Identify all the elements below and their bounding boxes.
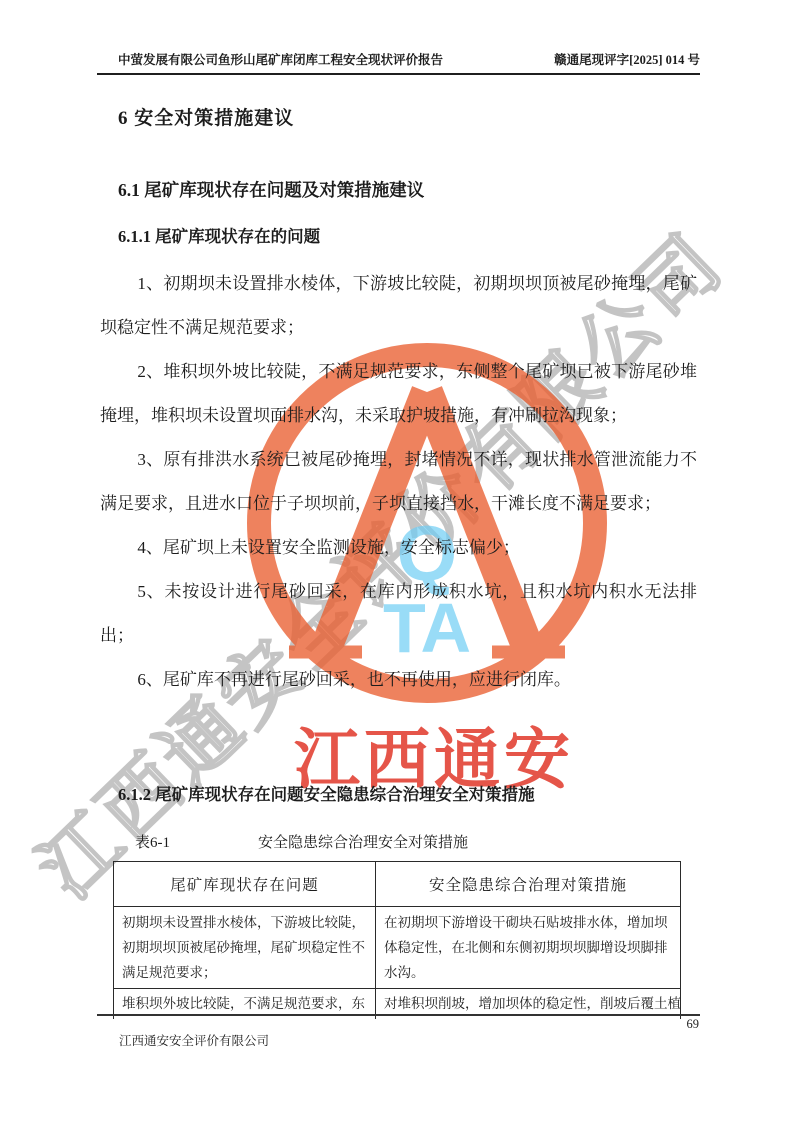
table-caption: 表6-1 安全隐患综合治理安全对策措施 [135,831,680,852]
table-cell-problem-1: 初期坝未设置排水棱体，下游坡比较陡，初期坝坝顶被尾砂掩埋，尾矿坝稳定性不满足规范… [114,907,376,989]
column-header-measures: 安全隐患综合治理对策措施 [376,862,681,907]
table-caption-title: 安全隐患综合治理安全对策措施 [258,831,468,852]
section-heading-6-1: 6.1 尾矿库现状存在问题及对策措施建议 [118,177,424,202]
problem-paragraphs: 1、初期坝未设置排水棱体，下游坡比较陡，初期坝坝顶被尾砂掩埋，尾矿坝稳定性不满足… [100,262,697,782]
paragraph-5: 5、未按设计进行尾砂回采，在库内形成积水坑，且积水坑内积水无法排出； [100,570,697,658]
measures-table: 尾矿库现状存在问题 安全隐患综合治理对策措施 初期坝未设置排水棱体，下游坡比较陡… [113,861,681,1019]
page-header: 中萤发展有限公司鱼形山尾矿库闭库工程安全现状评价报告 赣通尾现评字[2025] … [97,50,700,75]
footer-rule [97,1014,700,1016]
header-doc-number: 赣通尾现评字[2025] 014 号 [554,50,700,68]
chapter-heading: 6 安全对策措施建议 [118,103,294,130]
paragraph-3: 3、原有排洪水系统已被尾砂掩埋，封堵情况不详，现状排水管泄流能力不满足要求，且进… [100,438,697,526]
paragraph-2: 2、堆积坝外坡比较陡，不满足规范要求，东侧整个尾矿坝已被下游尾砂堆掩埋，堆积坝未… [100,350,697,438]
table-row: 初期坝未设置排水棱体，下游坡比较陡，初期坝坝顶被尾砂掩埋，尾矿坝稳定性不满足规范… [114,907,681,989]
paragraph-6: 6、尾矿库不再进行尾砂回采，也不再使用，应进行闭库。 [100,658,697,702]
paragraph-4: 4、尾矿坝上未设置安全监测设施，安全标志偏少； [100,526,697,570]
table-cell-measure-1: 在初期坝下游增设干砌块石贴坡排水体，增加坝体稳定性，在北侧和东侧初期坝坝脚增设坝… [376,907,681,989]
footer-company-name: 江西通安安全评价有限公司 [119,1031,269,1049]
subsection-heading-6-1-2: 6.1.2 尾矿库现状存在问题安全隐患综合治理安全对策措施 [118,781,535,805]
report-page: 江西通安全评价有限公司 Q TA 江西通安 中萤发展有限公司鱼形山尾矿库闭库工程… [0,0,793,1122]
column-header-problems: 尾矿库现状存在问题 [114,862,376,907]
table-header-row: 尾矿库现状存在问题 安全隐患综合治理对策措施 [114,862,681,907]
page-number: 69 [687,1017,700,1032]
subsection-heading-6-1-1: 6.1.1 尾矿库现状存在的问题 [118,223,320,247]
header-report-title: 中萤发展有限公司鱼形山尾矿库闭库工程安全现状评价报告 [97,50,443,68]
paragraph-1: 1、初期坝未设置排水棱体，下游坡比较陡，初期坝坝顶被尾砂掩埋，尾矿坝稳定性不满足… [100,262,697,350]
table-caption-label: 表6-1 [135,831,170,852]
